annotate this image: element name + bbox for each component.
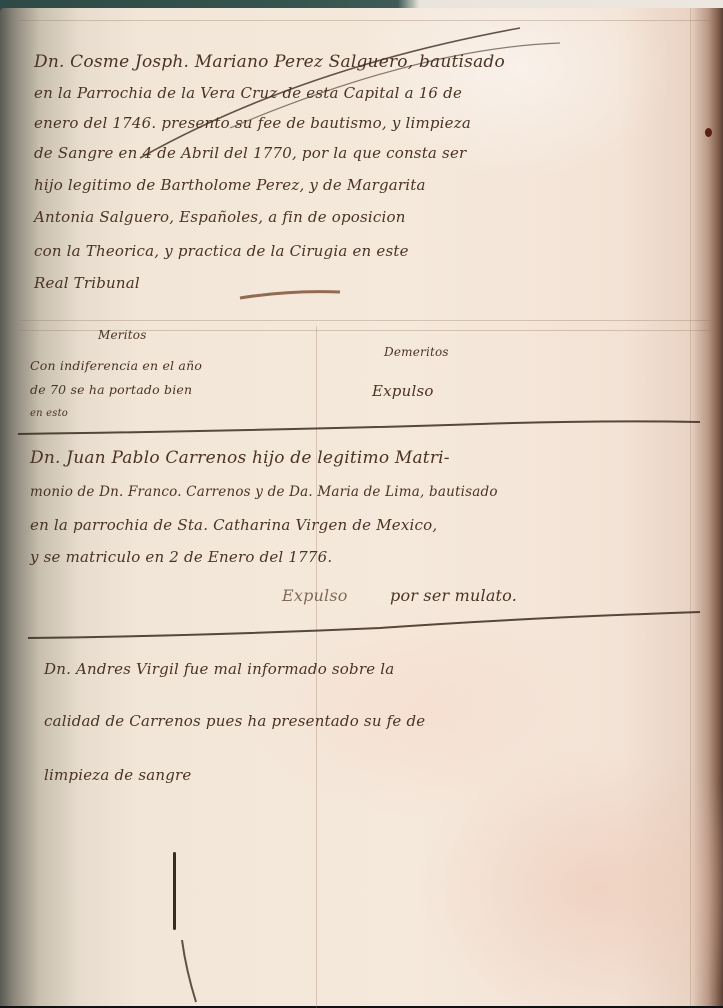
pen-stroke: [173, 852, 176, 930]
meritos-header: Meritos: [98, 328, 147, 342]
demeritos-header: Demeritos: [384, 345, 449, 359]
entry-3-line: Dn. Andres Virgil fue mal informado sobr…: [44, 660, 394, 678]
meritos-line: Con indiferencia en el año: [30, 358, 202, 373]
expulso-note: Expulso: [282, 586, 348, 605]
entry-2-line: monio de Dn. Franco. Carrenos y de Da. M…: [30, 484, 498, 500]
section-divider: [0, 412, 723, 442]
entry-2-line: y se matriculo en 2 de Enero del 1776.: [30, 548, 332, 566]
entry-2-line: Dn. Juan Pablo Carrenos hijo de legitimo…: [30, 448, 450, 468]
meritos-line: de 70 se ha portado bien: [30, 382, 192, 397]
section-divider: [0, 606, 723, 646]
cancellation-stroke: [0, 8, 723, 308]
entry-3-line: limpieza de sangre: [44, 766, 192, 784]
reason-note: por ser mulato.: [390, 586, 517, 605]
pen-stroke-tail: [172, 940, 212, 1008]
entry-2-line: en la parrochia de Sta. Catharina Virgen…: [30, 516, 437, 534]
demeritos-value: Expulso: [372, 382, 434, 400]
manuscript-page: Dn. Cosme Josph. Mariano Perez Salguero,…: [0, 8, 723, 1006]
ink-blot: [705, 128, 712, 137]
entry-3-line: calidad de Carrenos pues ha presentado s…: [44, 712, 425, 730]
ruled-line: [20, 320, 710, 321]
